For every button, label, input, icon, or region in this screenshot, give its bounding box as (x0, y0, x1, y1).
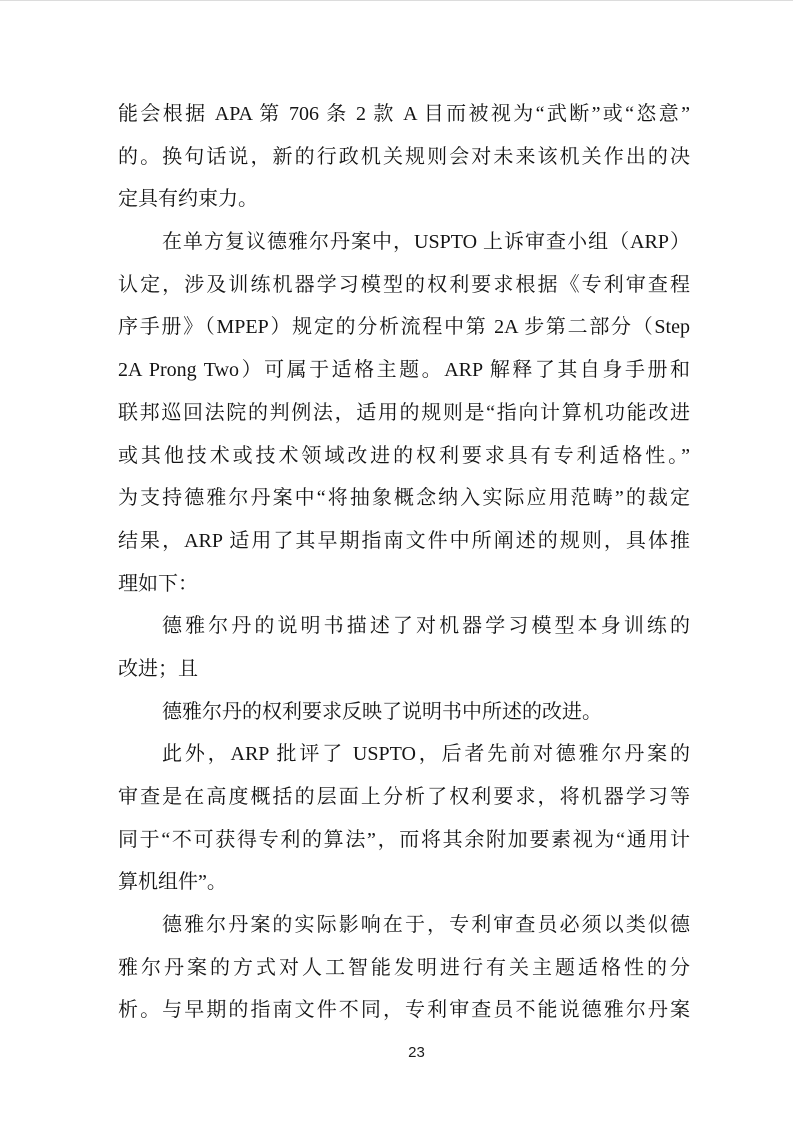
text-line: 析。与早期的指南文件不同，专利审查员不能说德雅尔丹案 (118, 989, 690, 1032)
text-line: 德雅尔丹案的实际影响在于，专利审查员必须以类似德 (118, 904, 690, 947)
text-line: 德雅尔丹的权利要求反映了说明书中所述的改进。 (118, 691, 690, 734)
document-page: 能会根据 APA 第 706 条 2 款 A 目而被视为“武断”或“恣意”的。换… (0, 0, 793, 1123)
text-line: 改进；且 (118, 648, 690, 691)
text-line: 2A Prong Two）可属于适格主题。ARP 解释了其自身手册和 (118, 349, 690, 392)
text-line: 算机组件”。 (118, 861, 690, 904)
text-line: 能会根据 APA 第 706 条 2 款 A 目而被视为“武断”或“恣意” (118, 93, 690, 136)
text-line: 为支持德雅尔丹案中“将抽象概念纳入实际应用范畴”的裁定 (118, 477, 690, 520)
text-line: 此外，ARP 批评了 USPTO，后者先前对德雅尔丹案的 (118, 733, 690, 776)
text-line: 德雅尔丹的说明书描述了对机器学习模型本身训练的 (118, 605, 690, 648)
text-line: 的。换句话说，新的行政机关规则会对未来该机关作出的决 (118, 136, 690, 179)
text-line: 联邦巡回法院的判例法，适用的规则是“指向计算机功能改进 (118, 392, 690, 435)
text-line: 同于“不可获得专利的算法”，而将其余附加要素视为“通用计 (118, 819, 690, 862)
text-line: 雅尔丹案的方式对人工智能发明进行有关主题适格性的分 (118, 947, 690, 990)
text-line: 在单方复议德雅尔丹案中，USPTO 上诉审查小组（ARP） (118, 221, 690, 264)
text-line: 结果，ARP 适用了其早期指南文件中所阐述的规则，具体推 (118, 520, 690, 563)
text-line: 审查是在高度概括的层面上分析了权利要求，将机器学习等 (118, 776, 690, 819)
text-line: 定具有约束力。 (118, 178, 690, 221)
text-line: 理如下： (118, 563, 690, 606)
document-body: 能会根据 APA 第 706 条 2 款 A 目而被视为“武断”或“恣意”的。换… (118, 93, 690, 1032)
page-footer: 23 (0, 1044, 793, 1061)
text-line: 或其他技术或技术领域改进的权利要求具有专利适格性。” (118, 435, 690, 478)
text-line: 认定，涉及训练机器学习模型的权利要求根据《专利审查程 (118, 264, 690, 307)
page-number: 23 (408, 1044, 425, 1061)
text-line: 序手册》（MPEP）规定的分析流程中第 2A 步第二部分（Step (118, 306, 690, 349)
